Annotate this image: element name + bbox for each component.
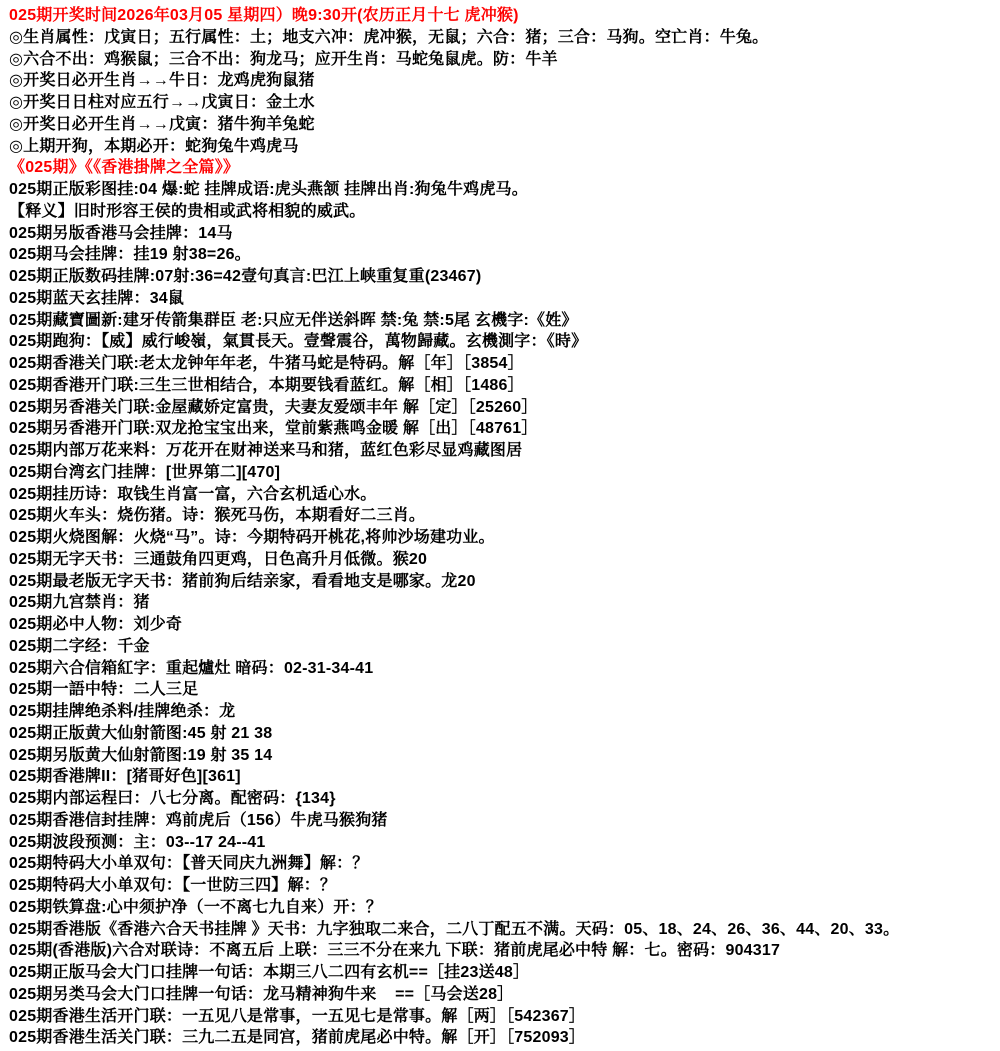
info-line: 025期一語中特：二人三足 <box>9 679 996 701</box>
info-line: ◎开奖日必开生肖→→牛日：龙鸡虎狗鼠猪 <box>9 70 996 92</box>
info-line: 025期藏寶圖新:建牙传箭集群臣 老:只应无伴送斜晖 禁:兔 禁:5尾 玄機字:… <box>9 310 996 332</box>
info-line: 025期另版黄大仙射箭图:19 射 35 14 <box>9 745 996 767</box>
info-line: 025期特码大小单双句：【普天同庆九洲舞】解：？ <box>9 853 996 875</box>
info-line: 025期挂牌绝杀料/挂牌绝杀：龙 <box>9 701 996 723</box>
info-line: 025期香港开门联:三生三世相结合，本期要钱看蓝红。解［相］［1486］ <box>9 375 996 397</box>
info-line: 025期跑狗：【威】威行峻嶺，氣貫長天。壹聲震谷，萬物歸藏。玄機測字：《時》 <box>9 331 996 353</box>
info-line: 025期内部运程曰：八七分离。配密码：{134} <box>9 788 996 810</box>
info-line: 025期九宫禁肖：猪 <box>9 592 996 614</box>
info-line: ◎开奖日必开生肖→→戊寅：猪牛狗羊兔蛇 <box>9 114 996 136</box>
info-line: 025期香港牌II：[猪哥好色][361] <box>9 766 996 788</box>
info-line: 025期正版马会大门口挂牌一句话：本期三八二四有玄机==［挂23送48］ <box>9 962 996 984</box>
info-line: 025期香港关门联:老太龙钟年年老，牛猪马蛇是特码。解［年］［3854］ <box>9 353 996 375</box>
info-line: 025期马会挂牌：挂19 射38=26。 <box>9 244 996 266</box>
info-line: ◎生肖属性：戊寅日；五行属性：土；地支六冲：虎冲猴，无鼠；六合：猪；三合：马狗。… <box>9 27 996 49</box>
info-line: 025期另类马会大门口挂牌一句话：龙马精神狗牛来 ==［马会送28］ <box>9 984 996 1006</box>
info-line: 025期无字天书：三通鼓角四更鸡，日色高升月低微。猴20 <box>9 549 996 571</box>
info-line: 025期另香港关门联:金屋藏娇定富贵，夫妻友爱颂丰年 解［定］［25260］ <box>9 397 996 419</box>
info-line: 025期波段预测：主：03--17 24--41 <box>9 832 996 854</box>
info-line: ◎六合不出：鸡猴鼠；三合不出：狗龙马；应开生肖：马蛇兔鼠虎。防：牛羊 <box>9 49 996 71</box>
info-line: 025期蓝天玄挂牌：34鼠 <box>9 288 996 310</box>
info-line: 025期挂历诗：取钱生肖富一富，六合玄机适心水。 <box>9 484 996 506</box>
info-lines: 025期开奖时间2026年03月05 星期四）晚9:30开(农历正月十七 虎冲猴… <box>0 0 1000 1049</box>
info-line: 025期六合信箱紅字：重起爐灶 暗码：02-31-34-41 <box>9 658 996 680</box>
info-line: 025期正版数码挂牌:07射:36=42壹句真言:巴江上峡重复重(23467) <box>9 266 996 288</box>
info-line: 【释义】旧时形容王侯的贵相或武将相貌的威武。 <box>9 201 996 223</box>
info-line: 025期必中人物：刘少奇 <box>9 614 996 636</box>
info-line: 025期台湾玄门挂牌：[世界第二][470] <box>9 462 996 484</box>
info-line: ◎开奖日日柱对应五行→→戊寅日：金土水 <box>9 92 996 114</box>
info-line: 025期最老版无字天书：猪前狗后结亲家，看看地支是哪家。龙20 <box>9 571 996 593</box>
info-line: 025期铁算盘:心中须护净（一不离七九自来）开：？ <box>9 897 996 919</box>
info-line: ◎上期开狗，本期必开：蛇狗兔牛鸡虎马 <box>9 136 996 158</box>
info-line: 025期另版香港马会挂牌：14马 <box>9 223 996 245</box>
info-line: 025期火车头：烧伤猪。诗：猴死马伤，本期看好二三肖。 <box>9 505 996 527</box>
info-line: 025期开奖时间2026年03月05 星期四）晚9:30开(农历正月十七 虎冲猴… <box>9 5 996 27</box>
info-line: 025期香港版《香港六合天书挂牌 》天书：九字独取二来合，二八丁配五不满。天码：… <box>9 919 996 941</box>
info-line: 《025期》《《香港掛牌之全篇》》 <box>9 157 996 179</box>
lottery-tips-page: 025期开奖时间2026年03月05 星期四）晚9:30开(农历正月十七 虎冲猴… <box>0 0 1000 1049</box>
info-line: 025期(香港版)六合对联诗：不离五后 上联：三三不分在来九 下联：猪前虎尾必中… <box>9 940 996 962</box>
info-line: 025期火烧图解：火烧“马”。诗：今期特码开桃花,将帅沙场建功业。 <box>9 527 996 549</box>
info-line: 025期内部万花来料：万花开在财神送来马和猪，蓝红色彩尽显鸡藏图居 <box>9 440 996 462</box>
info-line: 025期正版黄大仙射箭图:45 射 21 38 <box>9 723 996 745</box>
info-line: 025期特码大小单双句：【一世防三四】解：？ <box>9 875 996 897</box>
info-line: 025期香港生活开门联：一五见八是常事，一五见七是常事。解［两］［542367］ <box>9 1006 996 1028</box>
info-line: 025期二字经：千金 <box>9 636 996 658</box>
info-line: 025期香港信封挂牌：鸡前虎后（156）牛虎马猴狗猪 <box>9 810 996 832</box>
info-line: 025期香港生活关门联：三九二五是同宫，猪前虎尾必中特。解［开］［752093］ <box>9 1027 996 1049</box>
info-line: 025期另香港开门联:双龙抢宝宝出来，堂前紫燕鸣金暖 解［出］［48761］ <box>9 418 996 440</box>
info-line: 025期正版彩图挂:04 爆:蛇 挂牌成语:虎头燕颔 挂牌出肖:狗兔牛鸡虎马。 <box>9 179 996 201</box>
